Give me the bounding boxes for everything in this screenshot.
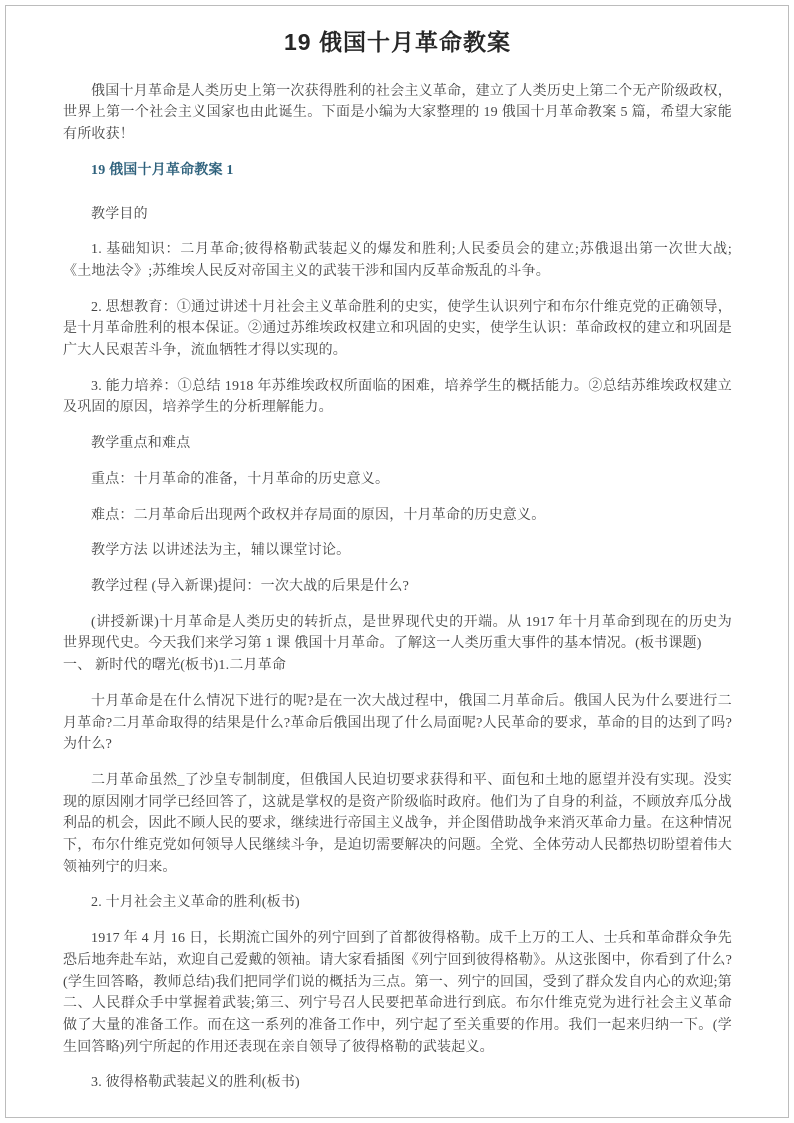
paragraph-teaching-method: 教学方法 以讲述法为主，辅以课堂讨论。 [63, 540, 732, 562]
document-content: 19 俄国十月革命教案 俄国十月革命是人类历史上第一次获得胜利的社会主义革命，建… [63, 28, 732, 1108]
paragraph-new-lesson-intro: (讲授新课)十月革命是人类历史的转折点，是世界现代史的开端。从 1917 年十月… [63, 612, 732, 655]
paragraph-difficult-points: 难点：二月革命后出现两个政权并存局面的原因，十月革命的历史意义。 [63, 505, 732, 527]
section-heading-lesson-1: 19 俄国十月革命教案 1 [63, 160, 732, 182]
paragraph-basic-knowledge: 1. 基础知识：二月革命;彼得格勒武装起义的爆发和胜利;人民委员会的建立;苏俄退… [63, 239, 732, 282]
document-title: 19 俄国十月革命教案 [63, 28, 732, 57]
paragraph-key-difficult-points-title: 教学重点和难点 [63, 433, 732, 455]
paragraph-board-outline: 一、 新时代的曙光(板书)1.二月革命 [63, 655, 732, 677]
paragraph-february-revolution-analysis: 二月革命虽然_了沙皇专制制度，但俄国人民迫切要求获得和平、面包和土地的愿望并没有… [63, 770, 732, 879]
intro-paragraph: 俄国十月革命是人类历史上第一次获得胜利的社会主义革命，建立了人类历史上第二个无产… [63, 81, 732, 146]
paragraph-teaching-aims: 教学目的 [63, 204, 732, 226]
paragraph-ideological-education: 2. 思想教育：①通过讲述十月社会主义革命胜利的史实，使学生认识列宁和布尔什维克… [63, 297, 732, 362]
paragraph-petrograd-uprising-heading: 3. 彼得格勒武装起义的胜利(板书) [63, 1072, 732, 1094]
paragraph-october-victory-heading: 2. 十月社会主义革命的胜利(板书) [63, 892, 732, 914]
paragraph-teaching-process: 教学过程 (导入新课)提问：一次大战的后果是什么? [63, 576, 732, 598]
paragraph-key-points: 重点：十月革命的准备，十月革命的历史意义。 [63, 469, 732, 491]
paragraph-february-revolution-questions: 十月革命是在什么情况下进行的呢?是在一次大战过程中，俄国二月革命后。俄国人民为什… [63, 691, 732, 756]
paragraph-lenin-return: 1917 年 4 月 16 日，长期流亡国外的列宁回到了首都彼得格勒。成千上万的… [63, 928, 732, 1058]
paragraph-ability-training: 3. 能力培养：①总结 1918 年苏维埃政权所面临的困难，培养学生的概括能力。… [63, 376, 732, 419]
document-page: 19 俄国十月革命教案 俄国十月革命是人类历史上第一次获得胜利的社会主义革命，建… [0, 0, 794, 1123]
